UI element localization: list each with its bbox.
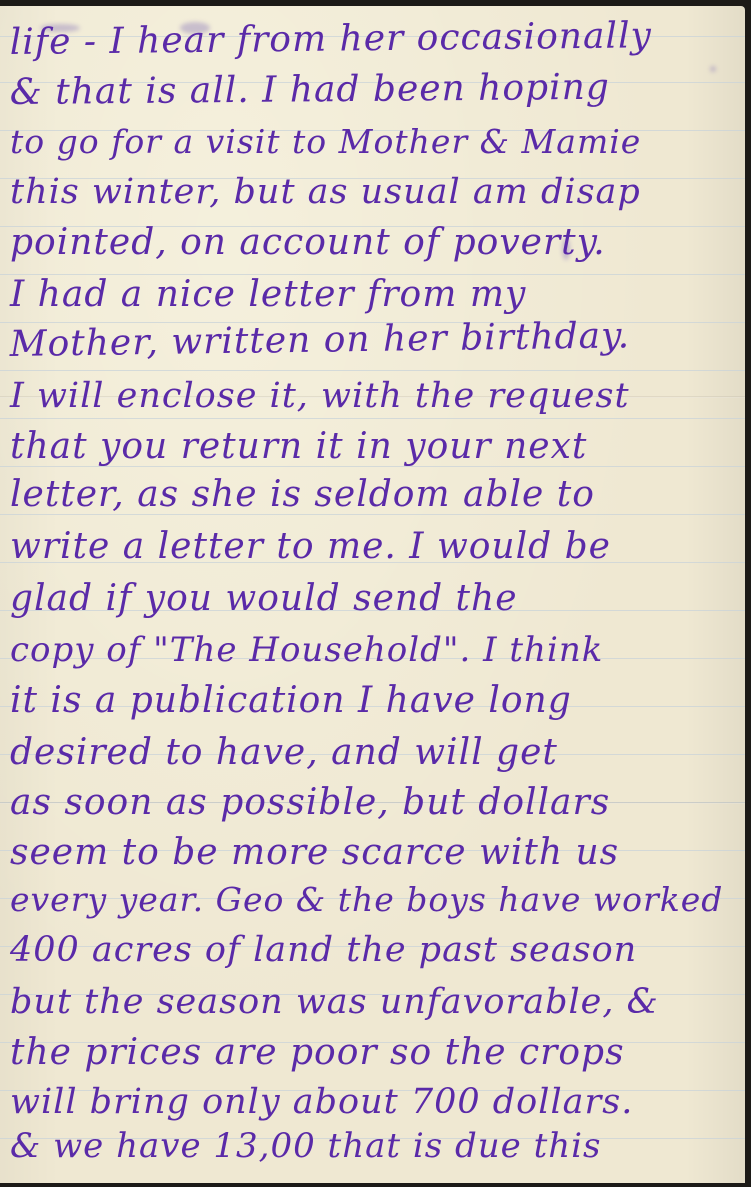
handwritten-line: that you return it in your next [10,426,587,467]
handwritten-line: 400 acres of land the past season [10,930,637,970]
handwritten-line: but the season was unfavorable, & [10,982,659,1022]
handwritten-line: letter, as she is seldom able to [10,474,595,515]
handwritten-line: every year. Geo & the boys have worked [10,880,723,919]
handwritten-line: as soon as possible, but dollars [10,782,610,823]
handwritten-line: to go for a visit to Mother & Mamie [10,122,641,161]
handwritten-line: seem to be more scarce with us [10,832,619,873]
handwritten-line: & we have 13,00 that is due this [10,1126,601,1166]
handwritten-line: the prices are poor so the crops [10,1032,625,1073]
ruled-line [0,370,745,371]
handwritten-line: desired to have, and will get [10,732,558,773]
handwritten-line: life - I hear from her occasionally [10,15,652,63]
handwritten-line: Mother, written on her birthday. [9,315,630,365]
handwritten-line: copy of "The Household". I think [10,630,603,670]
handwritten-line: I will enclose it, with the request [10,376,630,416]
handwritten-line: write a letter to me. I would be [10,526,611,567]
handwritten-line: glad if you would send the [10,578,518,619]
handwritten-line: I had a nice letter from my [10,274,526,315]
handwritten-line: will bring only about 700 dollars. [10,1082,633,1122]
letter-page: life - I hear from her occasionally & th… [0,6,745,1183]
handwritten-line: pointed, on account of poverty. [10,222,606,263]
ink-smudge [710,66,716,72]
ruled-line [0,418,745,419]
handwritten-line: it is a publication I have long [10,680,572,721]
handwritten-line: this winter, but as usual am disap [10,172,641,212]
handwritten-line: & that is all. I had been hoping [10,67,610,113]
